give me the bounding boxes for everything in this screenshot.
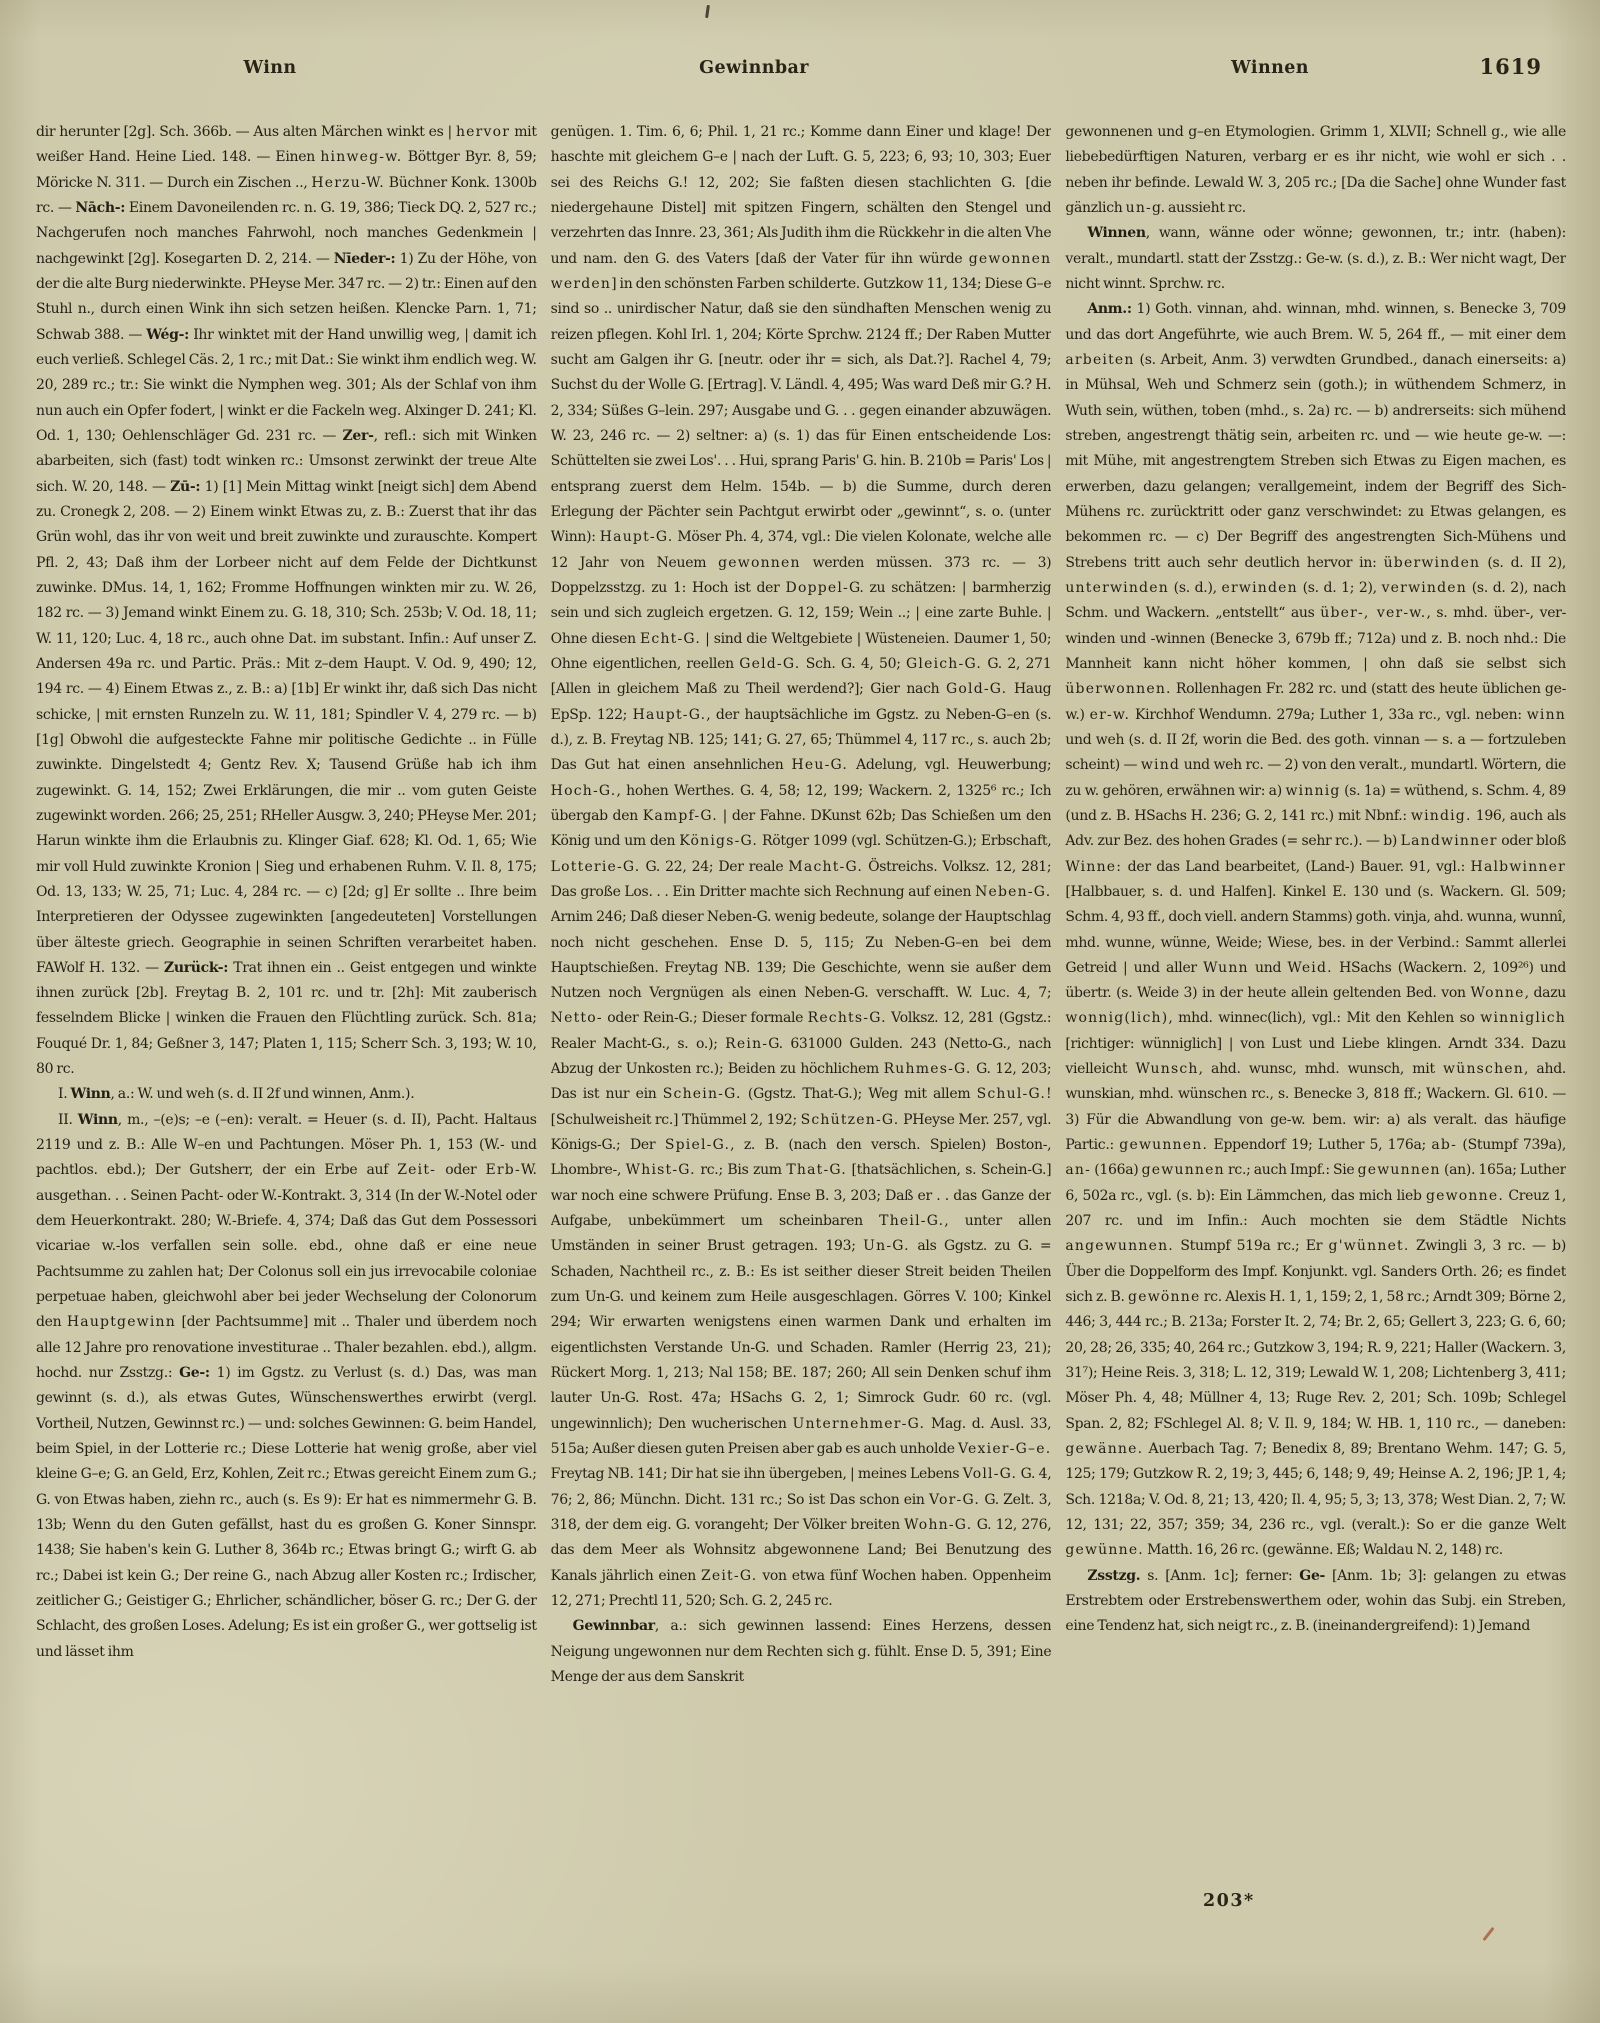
body-text: Winne: [1065, 859, 1122, 875]
dictionary-paragraph: dir herunter [2g]. Sch. 366b. — Aus alte… [36, 120, 537, 1082]
body-text: 1) [1] Mein Mittag winkt [neigt sich] de… [36, 479, 537, 976]
body-text: Kampf-G. [643, 808, 718, 824]
body-text: winn [1527, 707, 1566, 723]
body-text: als Ggstz. zu G. = Schaden, Nachtheil rc… [551, 1238, 1052, 1431]
body-text: erwinden [1222, 580, 1298, 596]
body-text: W. ausgethan. . . Seinen Pacht- oder W.-… [36, 1162, 537, 1330]
body-text: Voll-G. [963, 1466, 1017, 1482]
body-text: II. [58, 1112, 78, 1128]
body-text: Vor-G. [929, 1492, 980, 1508]
body-text: hinweg-w. [320, 149, 402, 165]
ink-speck [705, 5, 710, 18]
body-text: Wunsch [1136, 1061, 1199, 1077]
body-text: That-G. [786, 1162, 847, 1178]
body-text: Rötger 1099 (vgl. Schützen-G.); Erbschaf… [758, 833, 1051, 849]
body-text: Heu-G. [791, 757, 848, 773]
body-text: gewönne [1128, 1289, 1200, 1305]
body-text: , dazu [1525, 985, 1566, 1001]
headword: Gewinnbar [573, 1618, 655, 1634]
body-text: Königs-G. [679, 833, 758, 849]
headword: Zurück-: [164, 960, 228, 976]
running-head-left: Winn [243, 58, 296, 78]
body-text: Schul-G. [977, 1086, 1046, 1102]
body-text: Herzu-W. [311, 175, 385, 191]
body-text: 1) Goth. vinnan, ahd. winnan, mhd. winne… [1065, 301, 1566, 342]
body-text: Neben-G. [975, 884, 1051, 900]
body-text: Spiel-G. [665, 1137, 730, 1153]
body-text: gewunnen [1358, 1162, 1441, 1178]
body-text: Haupt-G. [600, 529, 674, 545]
body-text: wind [1141, 757, 1180, 773]
body-text: Hauptgewinn [67, 1314, 176, 1330]
body-text: überwonnen. [1065, 681, 1171, 697]
body-text: Gleich-G. [906, 656, 982, 672]
text-column-right: gewonnenen und g–en Etymologien. Grimm 1… [1065, 120, 1566, 1912]
body-text: wonnig(lich) [1065, 1010, 1168, 1026]
body-text: Rechts-G. [808, 1010, 887, 1026]
body-text: Whist-G. [626, 1162, 696, 1178]
body-text: Vexier-G–e. [958, 1441, 1051, 1457]
body-text: oder Rein-G.; Dieser formale [603, 1010, 808, 1026]
body-text: Kirchhof Wendumn. 279a; Luther 1, 33a rc… [1130, 707, 1527, 723]
dictionary-paragraph: Gewinnbar, a.: sich gewinnen lassend: Ei… [551, 1614, 1052, 1690]
body-text: unterwinden [1065, 580, 1169, 596]
body-text: I. [58, 1086, 71, 1102]
body-text: angewunnen. [1065, 1238, 1174, 1254]
body-text: , mhd. winnec(lich), vgl.: Mit den Kehle… [1168, 1010, 1480, 1026]
headword: Winnen [1087, 225, 1145, 241]
text-column-left: dir herunter [2g]. Sch. 366b. — Aus alte… [36, 120, 537, 1912]
body-text: an- [1065, 1162, 1091, 1178]
body-text: (Ggstz. That-G.); Weg mit allem [742, 1086, 977, 1102]
body-text: überwinden [1384, 555, 1481, 571]
body-text: Arnim 246; Daß dieser Neben-G. wenig bed… [551, 909, 1052, 1001]
dictionary-paragraph: Anm.: 1) Goth. vinnan, ahd. winnan, mhd.… [1065, 297, 1566, 1563]
headword: Winn [71, 1086, 111, 1102]
headword: Anm.: [1087, 301, 1131, 317]
body-text: gewunnen [1142, 1162, 1225, 1178]
headword: Ge-: [179, 1365, 210, 1381]
sheet-signature: 203* [1203, 1891, 1255, 1911]
body-text: Matth. 16, 26 rc. (gewänne. Eß; Waldau N… [1144, 1542, 1503, 1558]
dictionary-paragraph: Zsstzg. s. [Anm. 1c]; ferner: Ge- [Anm. … [1065, 1564, 1566, 1640]
body-text: g. aussieht rc. [1152, 200, 1246, 216]
body-text: gewonne. [1426, 1188, 1504, 1204]
body-text: Landwinner [1401, 833, 1498, 849]
body-text: s. [Anm. 1c]; ferner: [1140, 1568, 1299, 1584]
body-text: ab- [1431, 1137, 1457, 1153]
headword: Wég-: [146, 327, 189, 343]
body-text: Gold-G. [946, 681, 1007, 697]
body-text: Sch. G. 4, 50; [800, 656, 906, 672]
body-text: , ahd. wunsc, mhd. wunsch, mit [1199, 1061, 1443, 1077]
body-text: (s. d. II 2), [1480, 555, 1566, 571]
body-text: Hoch-G. [551, 783, 617, 799]
red-pen-mark [1482, 1927, 1494, 1941]
body-text: gewünne. [1065, 1542, 1144, 1558]
body-text: rc.; auch Impf.: Sie [1225, 1162, 1358, 1178]
body-text: Doppel- [786, 580, 849, 596]
body-text: Weid. [1287, 960, 1332, 976]
body-text: Ruhmes-G. [884, 1061, 972, 1077]
body-text: (s. d.), [1169, 580, 1222, 596]
text-column-center: genügen. 1. Tim. 6, 6; Phil. 1, 21 rc.; … [551, 120, 1052, 1912]
body-text: windig. [1411, 808, 1472, 824]
body-text: Trat ihnen ein .. Geist entgegen und win… [36, 960, 537, 1077]
body-text: Wohn-G. [904, 1517, 972, 1533]
body-text: G. 22, 24; Der reale [640, 859, 788, 875]
body-text: Eppendorf 19; Luther 5, 176a; [1208, 1137, 1431, 1153]
body-text: (Stumpf 739a), [1457, 1137, 1566, 1153]
body-text: Schützen-G. [801, 1112, 900, 1128]
dictionary-paragraph: II. Winn, m., –(e)s; –e (–en): veralt. =… [36, 1108, 537, 1665]
body-text: er-w. [1090, 707, 1130, 723]
body-text: 1) im Ggstz. zu Verlust (s. d.) Das, was… [36, 1365, 537, 1660]
body-text: Unternehmer-G. [792, 1416, 925, 1432]
headword: Zū-: [170, 479, 200, 495]
body-text: oder bloß [1498, 833, 1566, 849]
body-text: g'wünnet. [1329, 1238, 1410, 1254]
page-number: 1619 [1480, 54, 1542, 79]
dictionary-paragraph: gewonnenen und g–en Etymologien. Grimm 1… [1065, 120, 1566, 221]
body-text: Wonne [1470, 985, 1524, 1001]
body-text: gewonnen [718, 555, 801, 571]
body-text: Netto- [551, 1010, 603, 1026]
body-text: hervor [456, 124, 510, 140]
body-text: Theil-G. [879, 1213, 944, 1229]
body-text: ] in den schönsten Farben schilderte. Gu… [551, 276, 1052, 545]
running-head-right: Winnen [1231, 58, 1309, 78]
body-text: wünschen [1443, 1061, 1524, 1077]
body-text: genügen. 1. Tim. 6, 6; Phil. 1, 21 rc.; … [551, 124, 1052, 267]
body-text: Ihr winktet mit der Hand unwillig weg, |… [36, 327, 537, 444]
dictionary-paragraph: Winnen, wann, wänne oder wönne; gewonnen… [1065, 221, 1566, 297]
body-text: Un-G. [863, 1238, 910, 1254]
body-text: rc.; Bis zum [696, 1162, 786, 1178]
body-text: Echt-G. [640, 631, 701, 647]
headword: Ge- [1299, 1568, 1325, 1584]
headword: Nīeder-: [334, 251, 396, 267]
body-text: (s. Arbeit, Anm. 3) verwdten Grundbed., … [1065, 352, 1566, 571]
body-text: und [1249, 960, 1288, 976]
body-text: , a.: W. und weh (s. d. II 2f und winnen… [110, 1086, 414, 1102]
body-text: Lotterie-G. [551, 859, 641, 875]
body-text: winniglich [1480, 1010, 1566, 1026]
headword: Winn [78, 1112, 118, 1128]
body-text: Macht-G. [788, 859, 863, 875]
dictionary-page-scan: Winn Gewinnbar Winnen 1619 dir herunter … [0, 0, 1600, 2023]
body-text: gewunnen. [1119, 1137, 1208, 1153]
dictionary-paragraph: genügen. 1. Tim. 6, 6; Phil. 1, 21 rc.; … [551, 120, 1052, 1614]
body-text: oder [436, 1162, 485, 1178]
headword: Nāch-: [75, 200, 125, 216]
running-head-center: Gewinnbar [699, 58, 809, 78]
body-text: rc. Alexis H. 1, 1, 159; 2, 1, 58 rc.; A… [1065, 1289, 1566, 1432]
headword: Zer- [342, 428, 373, 444]
body-text: Zeit-G. [701, 1568, 757, 1584]
dictionary-paragraph: I. Winn, a.: W. und weh (s. d. II 2f und… [36, 1082, 537, 1107]
body-text: Geld-G. [739, 656, 800, 672]
body-text: Halbwinner [1471, 859, 1566, 875]
body-text: Rein- [725, 1036, 768, 1052]
body-text: Erb- [485, 1162, 520, 1178]
body-text: Zeit- [397, 1162, 436, 1178]
text-columns: dir herunter [2g]. Sch. 366b. — Aus alte… [36, 120, 1566, 1912]
body-text: un- [1126, 200, 1152, 216]
body-text: (166a) [1091, 1162, 1142, 1178]
body-text: winnig [1285, 783, 1340, 799]
body-text: verwinden [1382, 580, 1467, 596]
headword: Zsstzg. [1087, 1568, 1140, 1584]
body-text: über-, ver-w. [1320, 605, 1426, 621]
body-text: Adelung, vgl. Heuwerbung; [848, 757, 1051, 773]
body-text: Stumpf 519a rc.; Er [1174, 1238, 1329, 1254]
body-text: dir herunter [2g]. Sch. 366b. — Aus alte… [36, 124, 456, 140]
body-text: Freytag NB. 141; Dir hat sie ihn übergeb… [551, 1466, 963, 1482]
body-text: gewänne. [1065, 1441, 1143, 1457]
body-text: Wunn [1203, 960, 1249, 976]
body-text: (s. d. 1; 2), [1298, 580, 1382, 596]
body-text: Haupt-G. [633, 707, 707, 723]
body-text: Schein-G. [663, 1086, 742, 1102]
body-text: der das Land bearbeitet, (Land-) Bauer. … [1122, 859, 1470, 875]
body-text: arbeiten [1065, 352, 1134, 368]
